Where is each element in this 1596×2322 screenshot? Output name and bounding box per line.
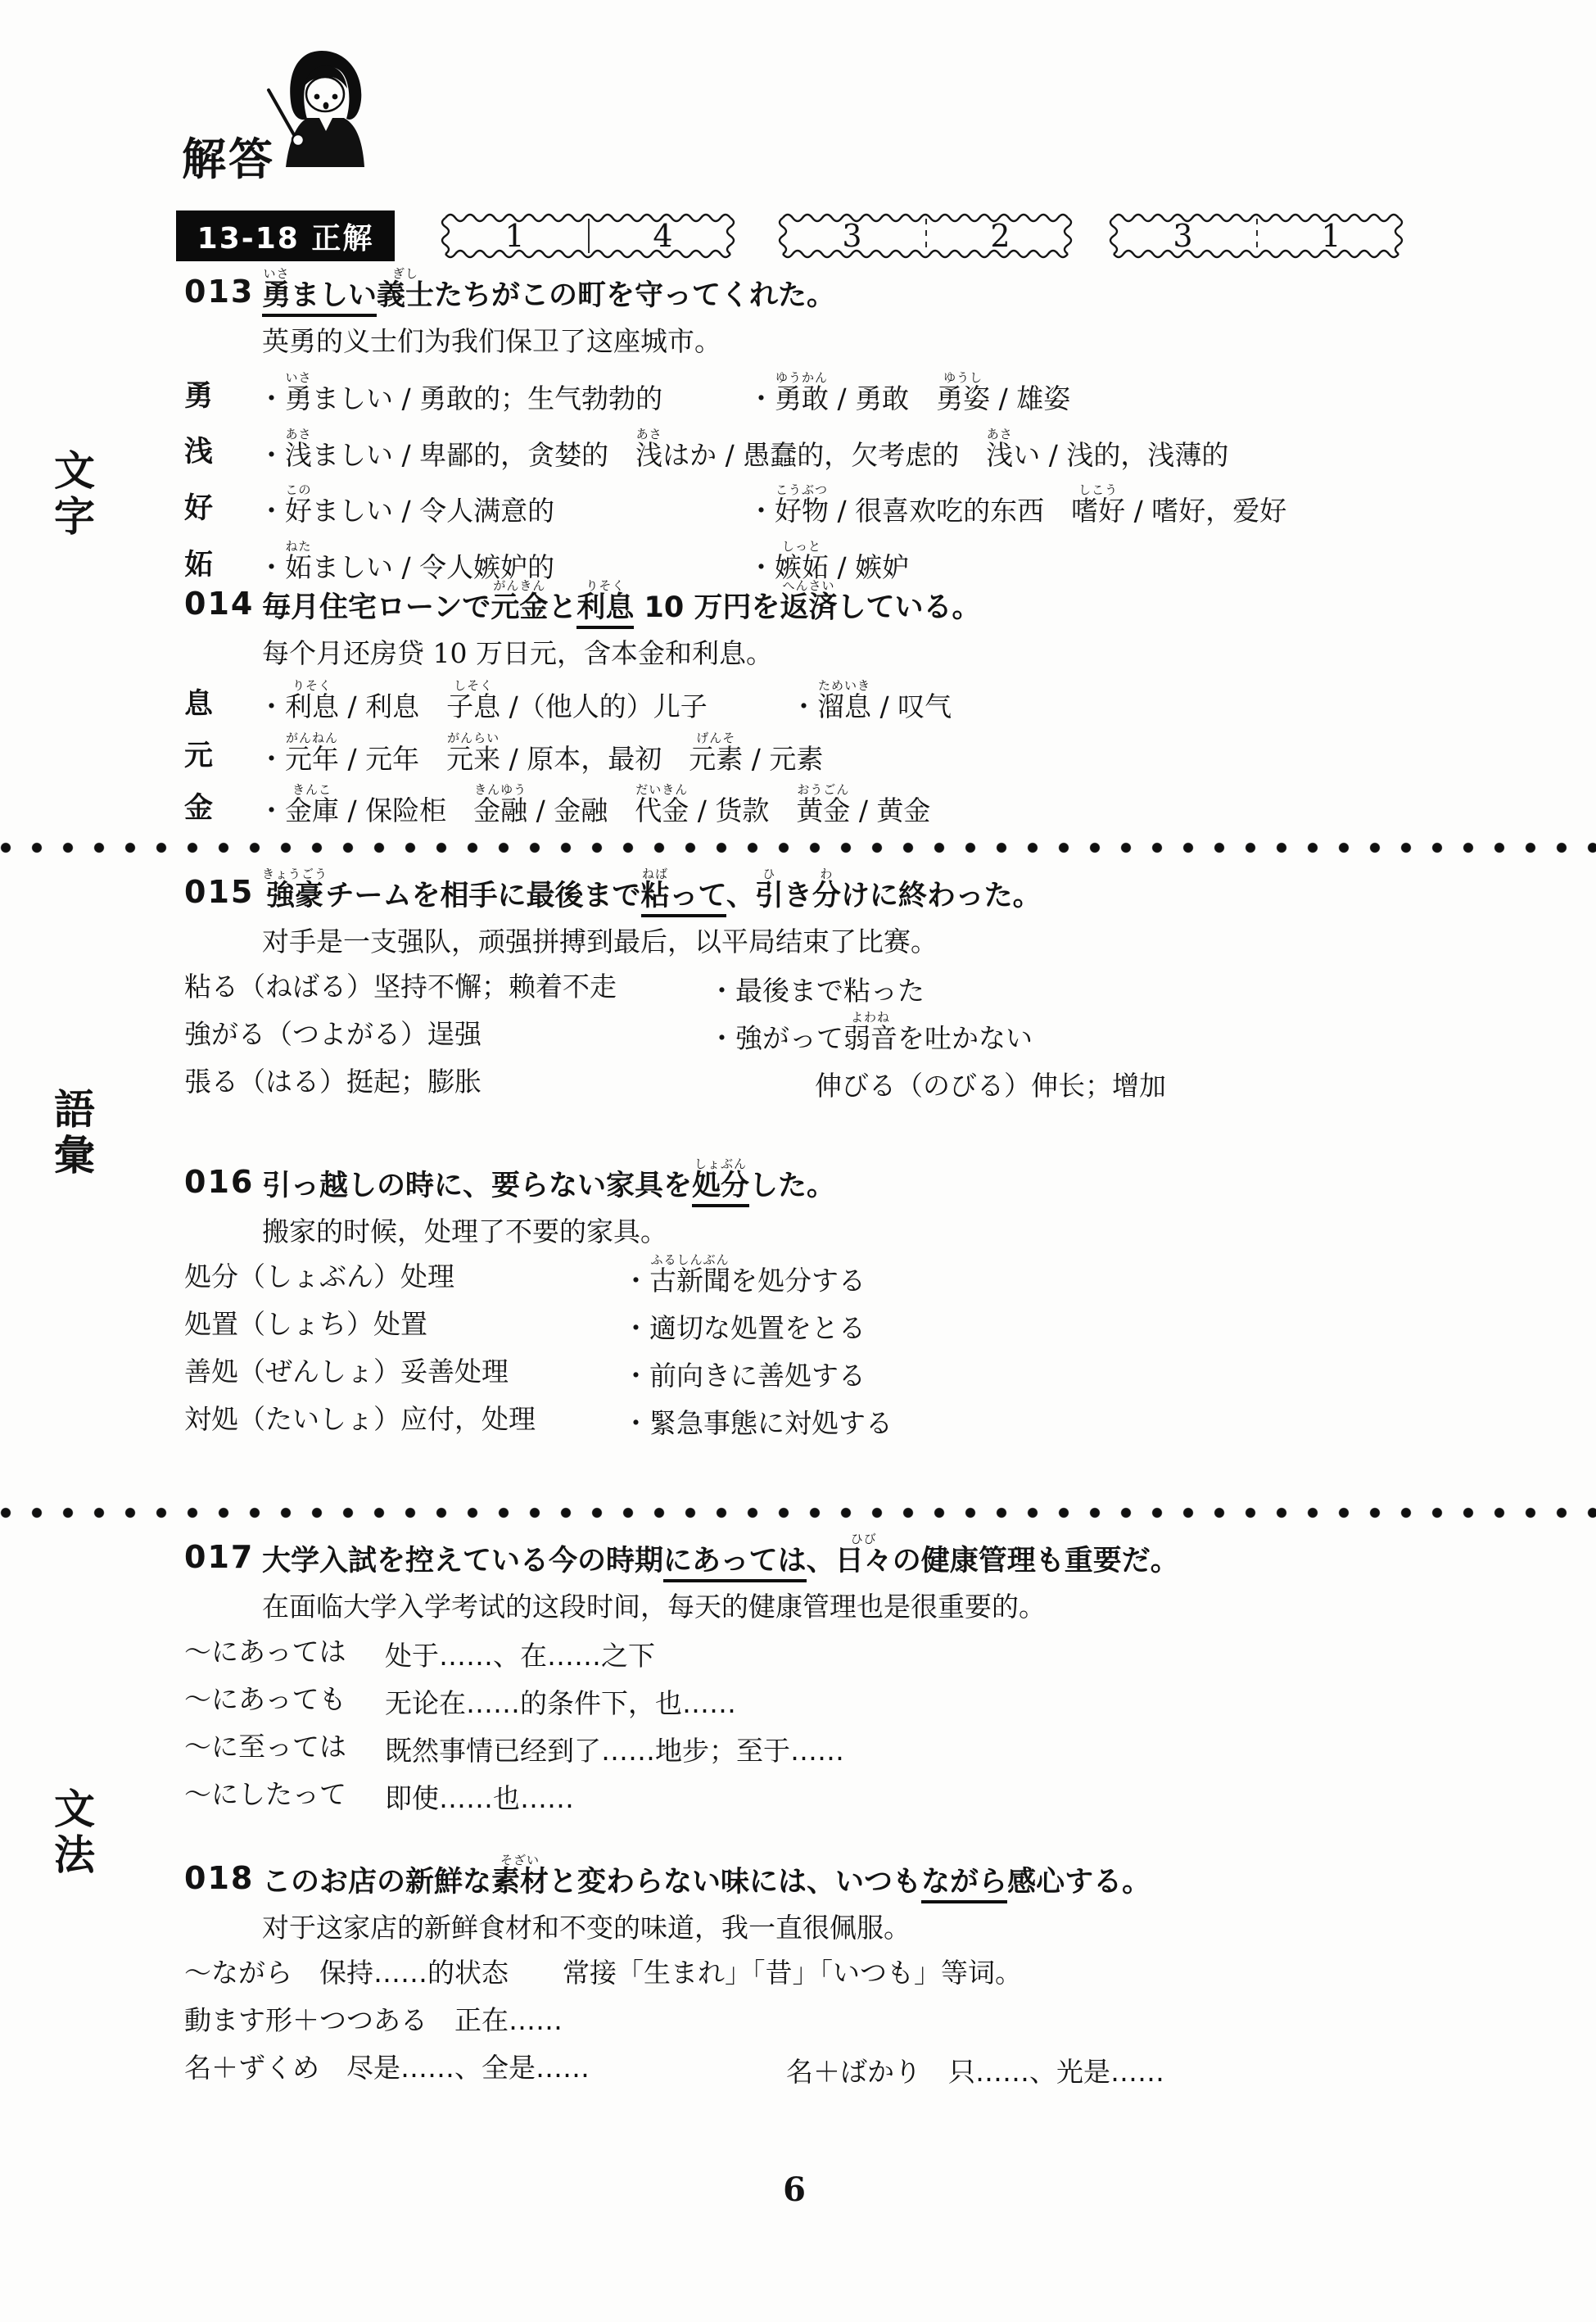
answer-cell-15: 3 (778, 210, 926, 261)
grammar-row: ～にしたって 即使……也…… (184, 1778, 1560, 1814)
grammar-meaning: 既然事情已经到了……地步；至于…… (385, 1735, 844, 1768)
question-013: 013 勇いさましい義士ぎしたちがこの町を守ってくれた。 英勇的义士们为我们保卫… (184, 266, 1560, 584)
vocab-row: 妬 ・妬ねたましい / 令人嫉妒的 ・嫉妬しっと / 嫉妒 (184, 539, 1560, 584)
question-translation-cn: 在面临大学入学考试的这段时间，每天的健康管理也是很重要的。 (262, 1586, 1560, 1624)
vocab-entry-right: 伸びる（のびる）伸长；增加 (815, 1070, 1166, 1102)
vocab-kanji: 浅 (184, 435, 213, 469)
grammar-meaning: 处于……、在……之下 (385, 1640, 655, 1672)
vocab-entry-right: ・古新聞ふるしんぶんを処分する (622, 1252, 866, 1297)
dotted-divider (0, 1507, 1596, 1519)
question-translation-cn: 搬家的时候，处理了不要的家具。 (262, 1211, 1560, 1249)
question-number: 014 (184, 586, 262, 624)
grammar-meaning: 即使……也…… (385, 1782, 574, 1815)
question-sentence-jp: 引っ越しの時に、要らない家具を処分しょぶんした。 (262, 1156, 835, 1202)
grammar-meaning: 无论在……的条件下，也…… (385, 1687, 736, 1720)
vocab-entry: 処分（しょぶん）处理 (184, 1261, 454, 1293)
vocab-entry-right: ・溜息ためいき / 叹气 (790, 678, 952, 723)
page-number: 6 (770, 2170, 819, 2209)
vocab-entry-right: ・適切な処置をとる (622, 1312, 866, 1345)
answer-box-1: 1 4 (441, 210, 737, 261)
grammar-row: ～にあっては 处于……、在……之下 (184, 1636, 1560, 1672)
vocab-entry-right: ・強がって弱音よわねを吐かない (708, 1010, 1033, 1055)
question-number: 018 (184, 1860, 262, 1899)
question-translation-cn: 每个月还房贷 10 万日元，含本金和利息。 (262, 632, 1560, 671)
textbook-answer-page: 文字 語彙 文法 解答 13-18 正解 (0, 0, 1596, 2322)
sidebar-section-bunpou: 文法 (43, 1787, 92, 1879)
question-sentence-jp: 毎月住宅ローンで元金がんきんと利息りそく 10 万円を返済へんさいしている。 (262, 578, 980, 624)
question-translation-cn: 英勇的义士们为我们保卫了这座城市。 (262, 320, 1560, 359)
vocab-row: 息 ・利息りそく / 利息 子息しそく /（他人的）儿子 ・溜息ためいき / 叹… (184, 678, 1560, 723)
vocab-entry: ・妬ねたましい / 令人嫉妒的 (258, 539, 554, 584)
grammar-row: ～に至っては 既然事情已经到了……地步；至于…… (184, 1731, 1560, 1767)
answer-box-3: 3 1 (1109, 210, 1405, 261)
vocab-row: 対処（たいしょ）应付，处理 ・緊急事態に対処する (184, 1403, 1560, 1439)
question-016: 016 引っ越しの時に、要らない家具を処分しょぶんした。 搬家的时候，处理了不要… (184, 1156, 1560, 1439)
question-015: 015 強豪きょうごうチームを相手に最後まで粘ねばって、引ひき分わけに終わった。… (184, 867, 1560, 1102)
sidebar-section-moji: 文字 (43, 449, 92, 541)
answer-cell-16: 2 (926, 210, 1074, 261)
vocab-row: 強がる（つよがる）逞强 ・強がって弱音よわねを吐かない (184, 1018, 1560, 1054)
vocab-row: 張る（はる）挺起；膨胀 伸びる（のびる）伸长；增加 (184, 1066, 1560, 1102)
answer-cell-17: 3 (1109, 210, 1257, 261)
grammar-pattern-right: 名＋ばかり 只……、光是…… (786, 2056, 1164, 2089)
vocab-entry: ・元年がんねん / 元年 元来がんらい / 原本，最初 元素げんそ / 元素 (258, 731, 823, 776)
question-sentence-jp: 勇いさましい義士ぎしたちがこの町を守ってくれた。 (262, 266, 835, 312)
vocab-kanji: 好 (184, 491, 213, 526)
grammar-pattern: ～にしたって (184, 1778, 346, 1811)
vocab-entry: ・金庫きんこ / 保险柜 金融きんゆう / 金融 代金だいきん / 货款 黄金お… (258, 782, 930, 827)
vocab-kanji: 勇 (184, 379, 213, 414)
answer-cell-13: 1 (441, 210, 589, 261)
question-sentence-jp: このお店の新鮮な素材そざいと変わらない味には、いつもながら感心する。 (262, 1853, 1151, 1899)
vocab-kanji: 息 (184, 687, 213, 722)
question-number: 017 (184, 1539, 262, 1577)
grammar-pattern: ～にあっては (184, 1636, 346, 1668)
vocab-entry: 処置（しょち）处置 (184, 1308, 427, 1341)
grammar-row: ～にあっても 无论在……的条件下，也…… (184, 1683, 1560, 1719)
vocab-kanji: 金 (184, 791, 213, 826)
answer-box-2: 3 2 (778, 210, 1074, 261)
vocab-row: 元 ・元年がんねん / 元年 元来がんらい / 原本，最初 元素げんそ / 元素 (184, 731, 1560, 776)
vocab-row: 浅 ・浅あさましい / 卑鄙的，贪婪的 浅あさはか / 愚蠢的，欠考虑的 浅あさ… (184, 427, 1560, 472)
question-018: 018 このお店の新鮮な素材そざいと変わらない味には、いつもながら感心する。 对… (184, 1853, 1560, 2088)
vocab-row: 金 ・金庫きんこ / 保险柜 金融きんゆう / 金融 代金だいきん / 货款 黄… (184, 782, 1560, 827)
vocab-entry: ・浅あさましい / 卑鄙的，贪婪的 浅あさはか / 愚蠢的，欠考虑的 浅あさい … (258, 427, 1228, 472)
sidebar-section-goi: 語彙 (43, 1088, 92, 1179)
answer-cell-14: 4 (589, 210, 737, 261)
grammar-row: ～ながら 保持……的状态 常接「生まれ」「昔」「いつも」等词。 (184, 1957, 1560, 1993)
grammar-row: 動ます形＋つつある 正在…… (184, 2004, 1560, 2040)
question-014: 014 毎月住宅ローンで元金がんきんと利息りそく 10 万円を返済へんさいしてい… (184, 578, 1560, 827)
vocab-row: 善処（ぜんしょ）妥善处理 ・前向きに善処する (184, 1356, 1560, 1392)
vocab-entry: 強がる（つよがる）逞强 (184, 1018, 482, 1051)
vocab-entry-right: ・嫉妬しっと / 嫉妒 (748, 539, 909, 584)
question-sentence-jp: 大学入試を控えている今の時期にあっては、日々ひびの健康管理も重要だ。 (262, 1532, 1179, 1577)
vocab-row: 処置（しょち）处置 ・適切な処置をとる (184, 1308, 1560, 1344)
answer-cell-18: 1 (1257, 210, 1405, 261)
vocab-row: 勇 ・勇いさましい / 勇敢的；生气勃勃的 ・勇敢ゆうかん / 勇敢 勇姿ゆうし… (184, 370, 1560, 415)
question-number: 015 (184, 874, 262, 912)
answer-range-badge: 13-18 正解 (176, 210, 395, 261)
grammar-pattern: 名＋ずくめ 尽是……、全是…… (184, 2052, 590, 2084)
vocab-entry: 善処（ぜんしょ）妥善处理 (184, 1356, 509, 1388)
vocab-entry: ・勇いさましい / 勇敢的；生气勃勃的 (258, 370, 662, 415)
dotted-divider (0, 842, 1596, 853)
vocab-row: 処分（しょぶん）处理 ・古新聞ふるしんぶんを処分する (184, 1261, 1560, 1297)
vocab-row: 好 ・好このましい / 令人满意的 ・好物こうぶつ / 很喜欢吃的东西 嗜好しこ… (184, 482, 1560, 527)
question-number: 016 (184, 1164, 262, 1202)
question-sentence-jp: 強豪きょうごうチームを相手に最後まで粘ねばって、引ひき分わけに終わった。 (262, 867, 1042, 912)
vocab-entry-right: ・最後まで粘った (708, 975, 925, 1007)
grammar-pattern: ～ながら 保持……的状态 常接「生まれ」「昔」「いつも」等词。 (184, 1957, 1022, 1989)
vocab-entry-right: ・前向きに善処する (622, 1360, 866, 1392)
vocab-entry: ・好このましい / 令人满意的 (258, 482, 554, 527)
grammar-row: 名＋ずくめ 尽是……、全是…… 名＋ばかり 只……、光是…… (184, 2052, 1560, 2088)
grammar-pattern: ～にあっても (184, 1683, 346, 1716)
vocab-entry: ・利息りそく / 利息 子息しそく /（他人的）儿子 (258, 678, 708, 723)
vocab-entry-right: ・緊急事態に対処する (622, 1407, 893, 1440)
grammar-pattern: 動ます形＋つつある 正在…… (184, 2004, 563, 2037)
vocab-kanji: 妬 (184, 548, 213, 582)
vocab-entry: 張る（はる）挺起；膨胀 (184, 1066, 482, 1098)
question-translation-cn: 对于这家店的新鲜食材和不变的味道，我一直很佩服。 (262, 1907, 1560, 1945)
question-number: 013 (184, 274, 262, 312)
vocab-entry-right: ・好物こうぶつ / 很喜欢吃的东西 嗜好しこう / 嗜好，爱好 (748, 482, 1286, 527)
question-017: 017 大学入試を控えている今の時期にあっては、日々ひびの健康管理も重要だ。 在… (184, 1532, 1560, 1814)
vocab-entry-right: ・勇敢ゆうかん / 勇敢 勇姿ゆうし / 雄姿 (748, 370, 1070, 415)
question-translation-cn: 对手是一支强队，顽强拼搏到最后，以平局结束了比赛。 (262, 921, 1560, 959)
grammar-pattern: ～に至っては (184, 1731, 346, 1763)
vocab-kanji: 元 (184, 739, 213, 773)
vocab-entry: 対処（たいしょ）应付，处理 (184, 1403, 536, 1436)
vocab-entry: 粘る（ねばる）坚持不懈；赖着不走 (184, 971, 617, 1003)
teacher-girl-illustration (260, 43, 383, 210)
vocab-row: 粘る（ねばる）坚持不懈；赖着不走 ・最後まで粘った (184, 971, 1560, 1007)
